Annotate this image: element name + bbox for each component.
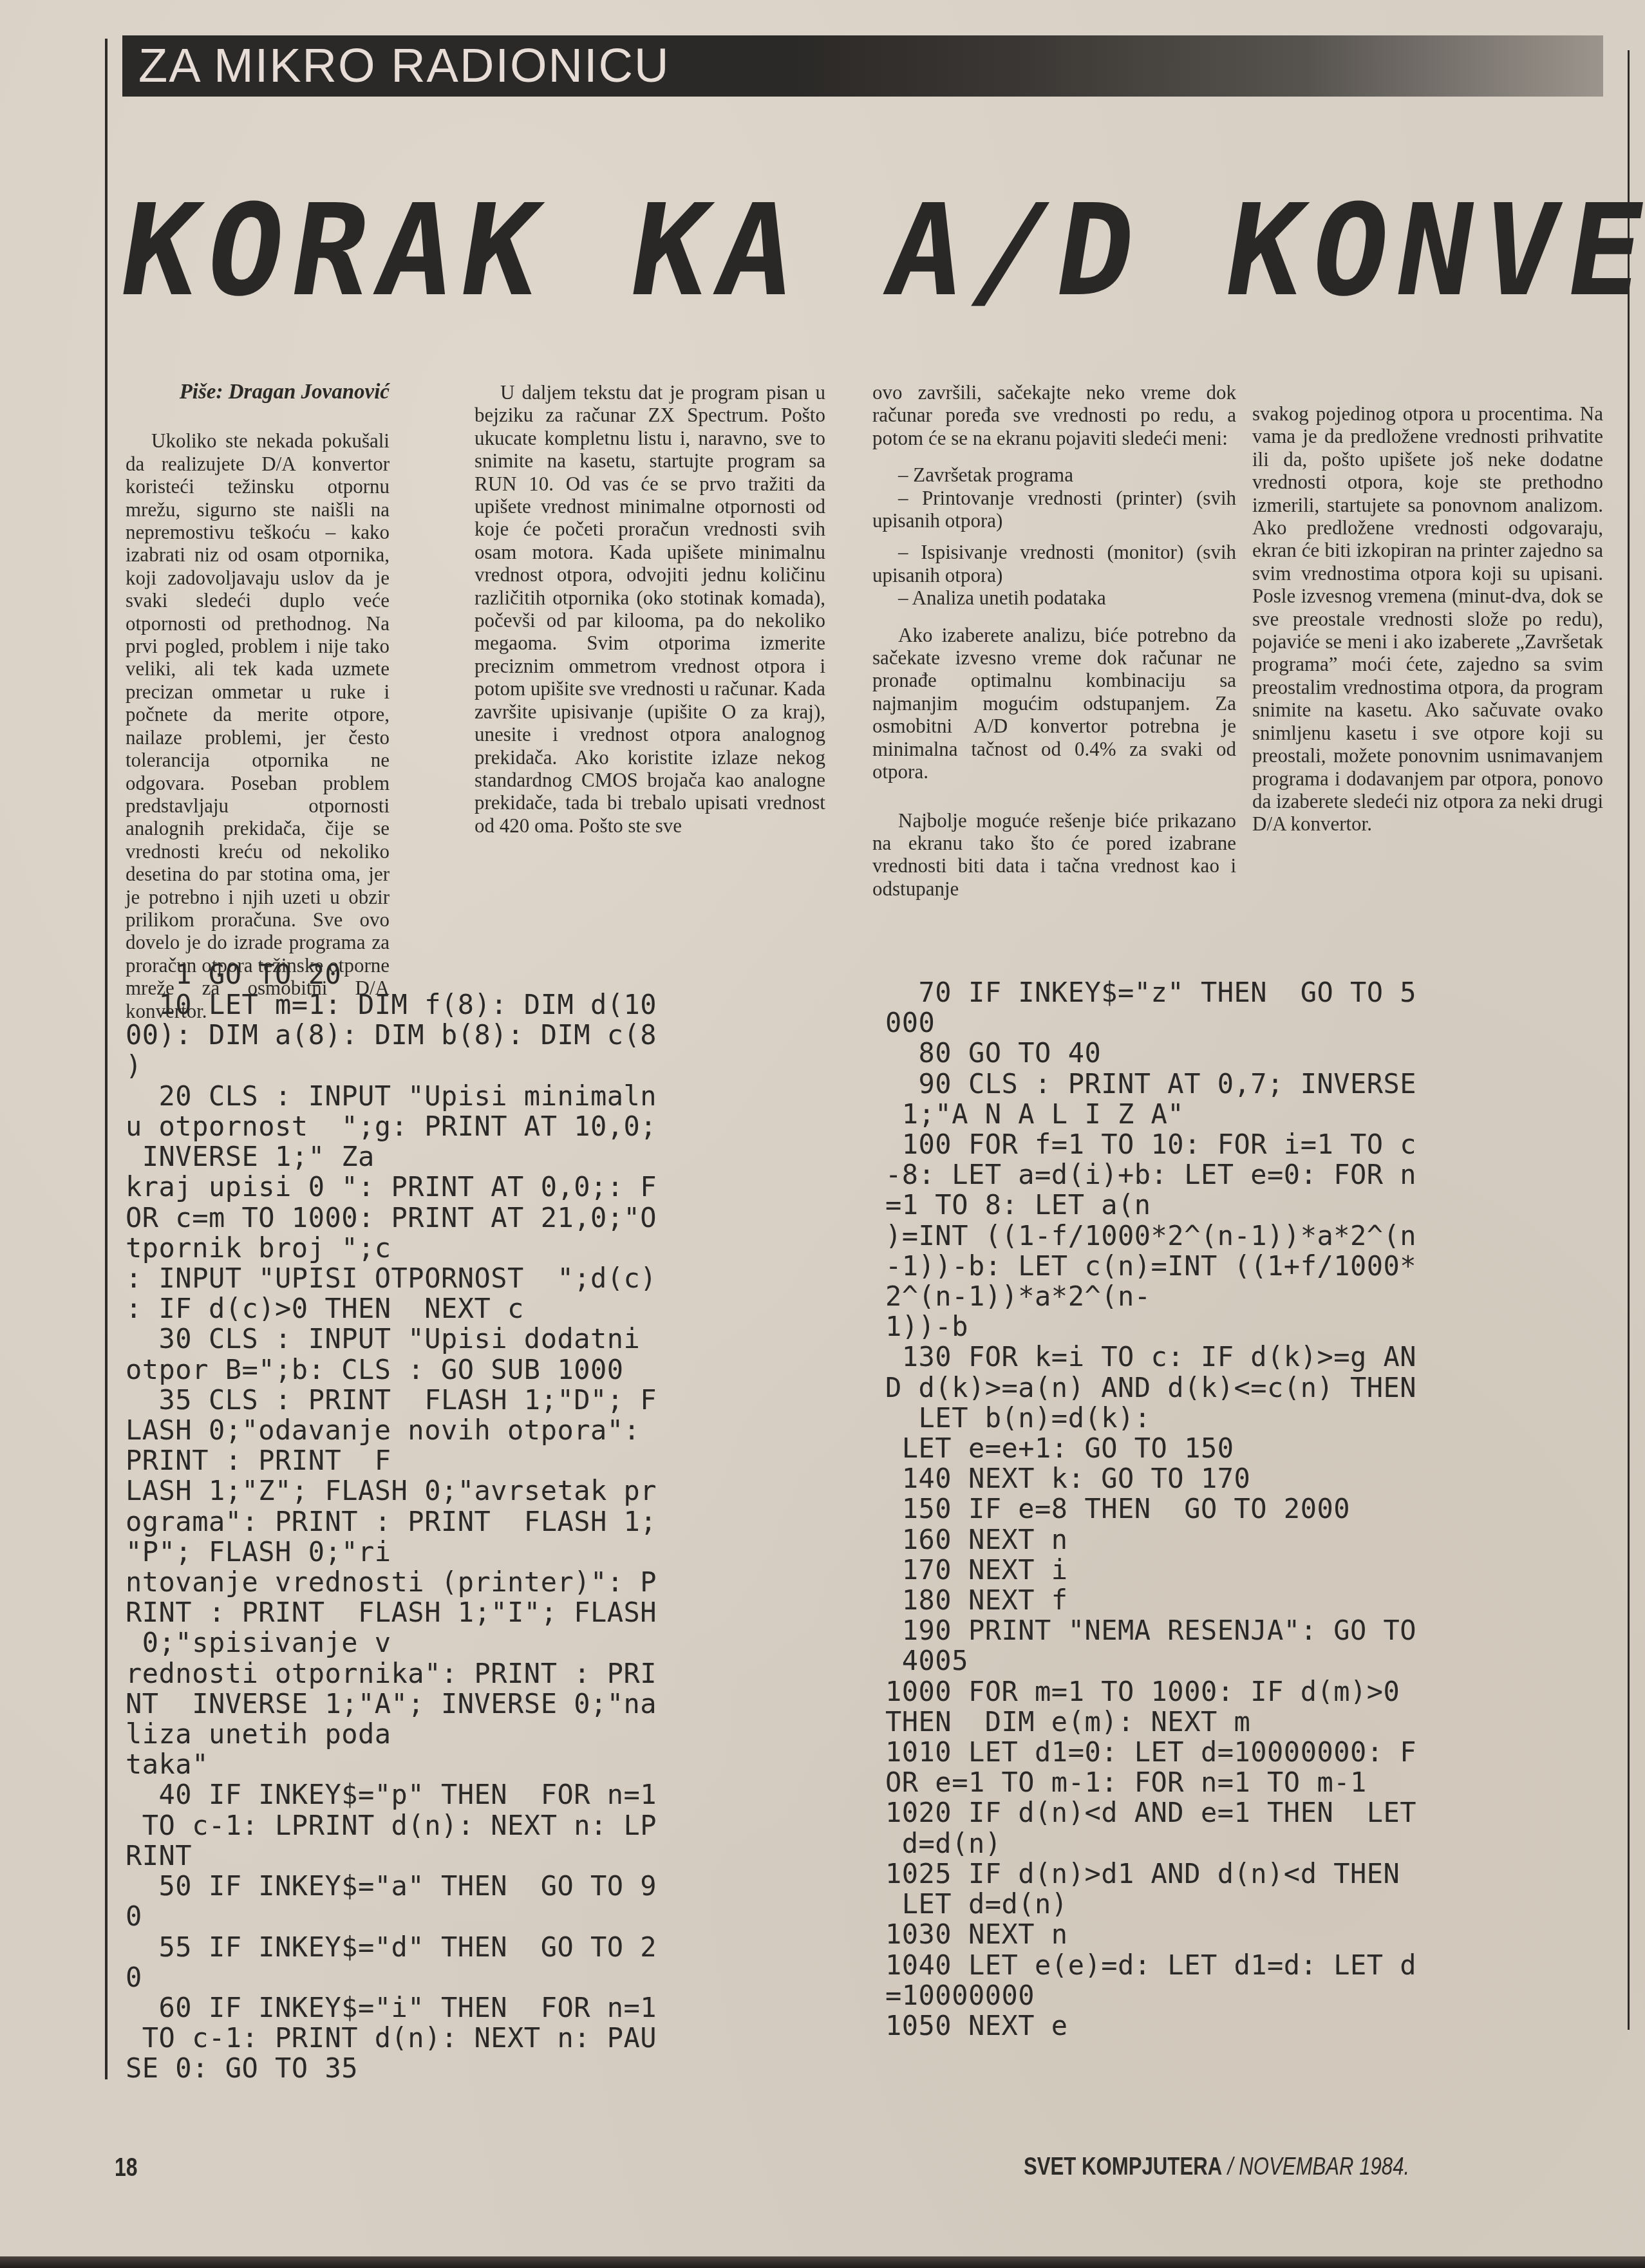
code-line: 000 xyxy=(885,1007,1416,1038)
code-line: 10 LET m=1: DIM f(8): DIM d(10 xyxy=(126,989,657,1020)
code-line: 1025 IF d(n)>d1 AND d(n)<d THEN xyxy=(885,1859,1416,1889)
page-number: 18 xyxy=(115,2153,138,2182)
code-line: 20 CLS : INPUT "Upisi minimaln xyxy=(126,1081,657,1111)
code-line: 0 xyxy=(126,1901,657,1931)
code-line: RINT : PRINT FLASH 1;"I"; FLASH xyxy=(126,1597,657,1627)
code-line: TO c-1: LPRINT d(n): NEXT n: LP xyxy=(126,1810,657,1841)
magazine-page: ZA MIKRO RADIONICU KORAK KA A/D KONVERTE… xyxy=(0,0,1645,2268)
code-line: 1010 LET d1=0: LET d=10000000: F xyxy=(885,1737,1416,1767)
code-line: ) xyxy=(126,1051,657,1081)
code-line: 190 PRINT "NEMA RESENJA": GO TO xyxy=(885,1615,1416,1645)
code-line: 130 FOR k=i TO c: IF d(k)>=g AN xyxy=(885,1342,1416,1372)
magazine-footer: SVET KOMPJUTERA / NOVEMBAR 1984. xyxy=(1024,2153,1409,2181)
code-line: 60 IF INKEY$="i" THEN FOR n=1 xyxy=(126,1992,657,2023)
paragraph: Ako izaberete analizu, biće potrebno da … xyxy=(872,624,1236,783)
code-line: D d(k)>=a(n) AND d(k)<=c(n) THEN xyxy=(885,1373,1416,1403)
code-line: 180 NEXT f xyxy=(885,1585,1416,1615)
code-line: -8: LET a=d(i)+b: LET e=0: FOR n xyxy=(885,1159,1416,1190)
code-line: TO c-1: PRINT d(n): NEXT n: PAU xyxy=(126,2023,657,2053)
code-line: =1 TO 8: LET a(n xyxy=(885,1190,1416,1220)
code-line: 170 NEXT i xyxy=(885,1555,1416,1585)
code-line: LASH 0;"odavanje novih otpora": xyxy=(126,1415,657,1445)
basic-listing-right: 70 IF INKEY$="z" THEN GO TO 5000 80 GO T… xyxy=(885,977,1416,2041)
code-line: 35 CLS : PRINT FLASH 1;"D"; F xyxy=(126,1385,657,1415)
code-line: LASH 1;"Z"; FLASH 0;"avrsetak pr xyxy=(126,1476,657,1506)
code-line: 55 IF INKEY$="d" THEN GO TO 2 xyxy=(126,1932,657,1962)
code-line: 4005 xyxy=(885,1645,1416,1676)
article-title: KORAK KA A/D KONVERTERIMA xyxy=(113,187,1645,315)
text-column-2: U daljem tekstu dat je program pisan u b… xyxy=(475,381,825,837)
code-line: 70 IF INKEY$="z" THEN GO TO 5 xyxy=(885,977,1416,1007)
code-line: 0 xyxy=(126,1962,657,1992)
paragraph: Najbolje moguće rešenje biće prikazano n… xyxy=(872,809,1236,901)
code-line: 150 IF e=8 THEN GO TO 2000 xyxy=(885,1494,1416,1524)
code-line: 0;"spisivanje v xyxy=(126,1627,657,1658)
paragraph: svakog pojedinog otpora u procentima. Na… xyxy=(1252,402,1603,836)
menu-item-print-values: – Printovanje vrednosti (printer) (svih … xyxy=(872,487,1236,532)
code-line: rednosti otpornika": PRINT : PRI xyxy=(126,1658,657,1689)
code-line: 1040 LET e(e)=d: LET d1=d: LET d xyxy=(885,1950,1416,1980)
menu-item-analyze-data: – Analiza unetih podataka xyxy=(872,586,1236,609)
code-line: 2^(n-1))*a*2^(n- xyxy=(885,1281,1416,1311)
paragraph: Ukoliko ste nekada pokušali da realizuje… xyxy=(126,429,390,1022)
code-line: : IF d(c)>0 THEN NEXT c xyxy=(126,1293,657,1324)
magazine-name: SVET KOMPJUTERA xyxy=(1024,2153,1222,2180)
code-line: NT INVERSE 1;"A"; INVERSE 0;"na xyxy=(126,1689,657,1719)
code-line: 160 NEXT n xyxy=(885,1524,1416,1555)
program-menu-list: – Završetak programa – Printovanje vredn… xyxy=(872,464,1236,609)
code-line: LET e=e+1: GO TO 150 xyxy=(885,1433,1416,1463)
code-line: OR e=1 TO m-1: FOR n=1 TO m-1 xyxy=(885,1767,1416,1797)
code-line: 1030 NEXT n xyxy=(885,1919,1416,1949)
code-line: INVERSE 1;" Za xyxy=(126,1141,657,1172)
code-line: 40 IF INKEY$="p" THEN FOR n=1 xyxy=(126,1779,657,1810)
paragraph: U daljem tekstu dat je program pisan u b… xyxy=(475,381,825,837)
code-line: d=d(n) xyxy=(885,1828,1416,1859)
basic-listing-left: 1 GO TO 20 10 LET m=1: DIM f(8): DIM d(1… xyxy=(126,959,657,2084)
menu-item-end-program: – Završetak programa xyxy=(872,464,1236,486)
code-line: 100 FOR f=1 TO 10: FOR i=1 TO c xyxy=(885,1129,1416,1159)
code-line: 140 NEXT k: GO TO 170 xyxy=(885,1463,1416,1494)
code-line: ograma": PRINT : PRINT FLASH 1; xyxy=(126,1506,657,1537)
right-column-rule xyxy=(1628,50,1630,2030)
menu-item-display-values: – Ispisivanje vrednosti (monitor) (svih … xyxy=(872,541,1236,586)
code-line: =10000000 xyxy=(885,1980,1416,2010)
paragraph: ovo završili, sačekajte neko vreme dok r… xyxy=(872,381,1236,449)
code-line: OR c=m TO 1000: PRINT AT 21,0;"O xyxy=(126,1203,657,1233)
code-line: 1020 IF d(n)<d AND e=1 THEN LET xyxy=(885,1797,1416,1828)
code-line: 1050 NEXT e xyxy=(885,2010,1416,2041)
code-line: taka" xyxy=(126,1749,657,1779)
code-line: LET d=d(n) xyxy=(885,1889,1416,1919)
code-line: liza unetih poda xyxy=(126,1719,657,1749)
code-line: 1))-b xyxy=(885,1311,1416,1342)
code-line: otpor B=";b: CLS : GO SUB 1000 xyxy=(126,1354,657,1385)
byline: Piše: Dragan Jovanović xyxy=(126,381,390,404)
code-line: 30 CLS : INPUT "Upisi dodatni xyxy=(126,1324,657,1354)
code-line: ntovanje vrednosti (printer)": P xyxy=(126,1567,657,1597)
code-line: 1;"A N A L I Z A" xyxy=(885,1099,1416,1129)
code-line: "P"; FLASH 0;"ri xyxy=(126,1537,657,1567)
code-line: 1 GO TO 20 xyxy=(126,959,657,989)
left-column-rule xyxy=(105,39,108,2079)
code-line: 90 CLS : PRINT AT 0,7; INVERSE xyxy=(885,1069,1416,1099)
code-line: LET b(n)=d(k): xyxy=(885,1403,1416,1433)
code-line: 50 IF INKEY$="a" THEN GO TO 9 xyxy=(126,1871,657,1901)
code-line: RINT xyxy=(126,1841,657,1871)
section-label: ZA MIKRO RADIONICU xyxy=(138,40,670,91)
code-line: u otpornost ";g: PRINT AT 10,0; xyxy=(126,1111,657,1141)
text-column-4: svakog pojedinog otpora u procentima. Na… xyxy=(1252,402,1603,836)
code-line: kraj upisi 0 ": PRINT AT 0,0;: F xyxy=(126,1172,657,1202)
code-line: PRINT : PRINT F xyxy=(126,1445,657,1476)
code-line: tpornik broj ";c xyxy=(126,1233,657,1263)
code-line: : INPUT "UPISI OTPORNOST ";d(c) xyxy=(126,1263,657,1293)
code-line: 00): DIM a(8): DIM b(8): DIM c(8 xyxy=(126,1020,657,1050)
code-line: )=INT ((1-f/1000*2^(n-1))*a*2^(n xyxy=(885,1221,1416,1251)
code-line: -1))-b: LET c(n)=INT ((1+f/1000* xyxy=(885,1251,1416,1281)
code-line: 1000 FOR m=1 TO 1000: IF d(m)>0 xyxy=(885,1676,1416,1707)
text-column-1: Piše: Dragan Jovanović Ukoliko ste nekad… xyxy=(126,381,390,1022)
page-edge-shadow xyxy=(0,2256,1645,2268)
code-line: THEN DIM e(m): NEXT m xyxy=(885,1707,1416,1737)
code-line: 80 GO TO 40 xyxy=(885,1038,1416,1068)
text-column-3: ovo završili, sačekajte neko vreme dok r… xyxy=(872,381,1236,900)
issue-date: / NOVEMBAR 1984. xyxy=(1222,2153,1409,2180)
code-line: SE 0: GO TO 35 xyxy=(126,2053,657,2083)
